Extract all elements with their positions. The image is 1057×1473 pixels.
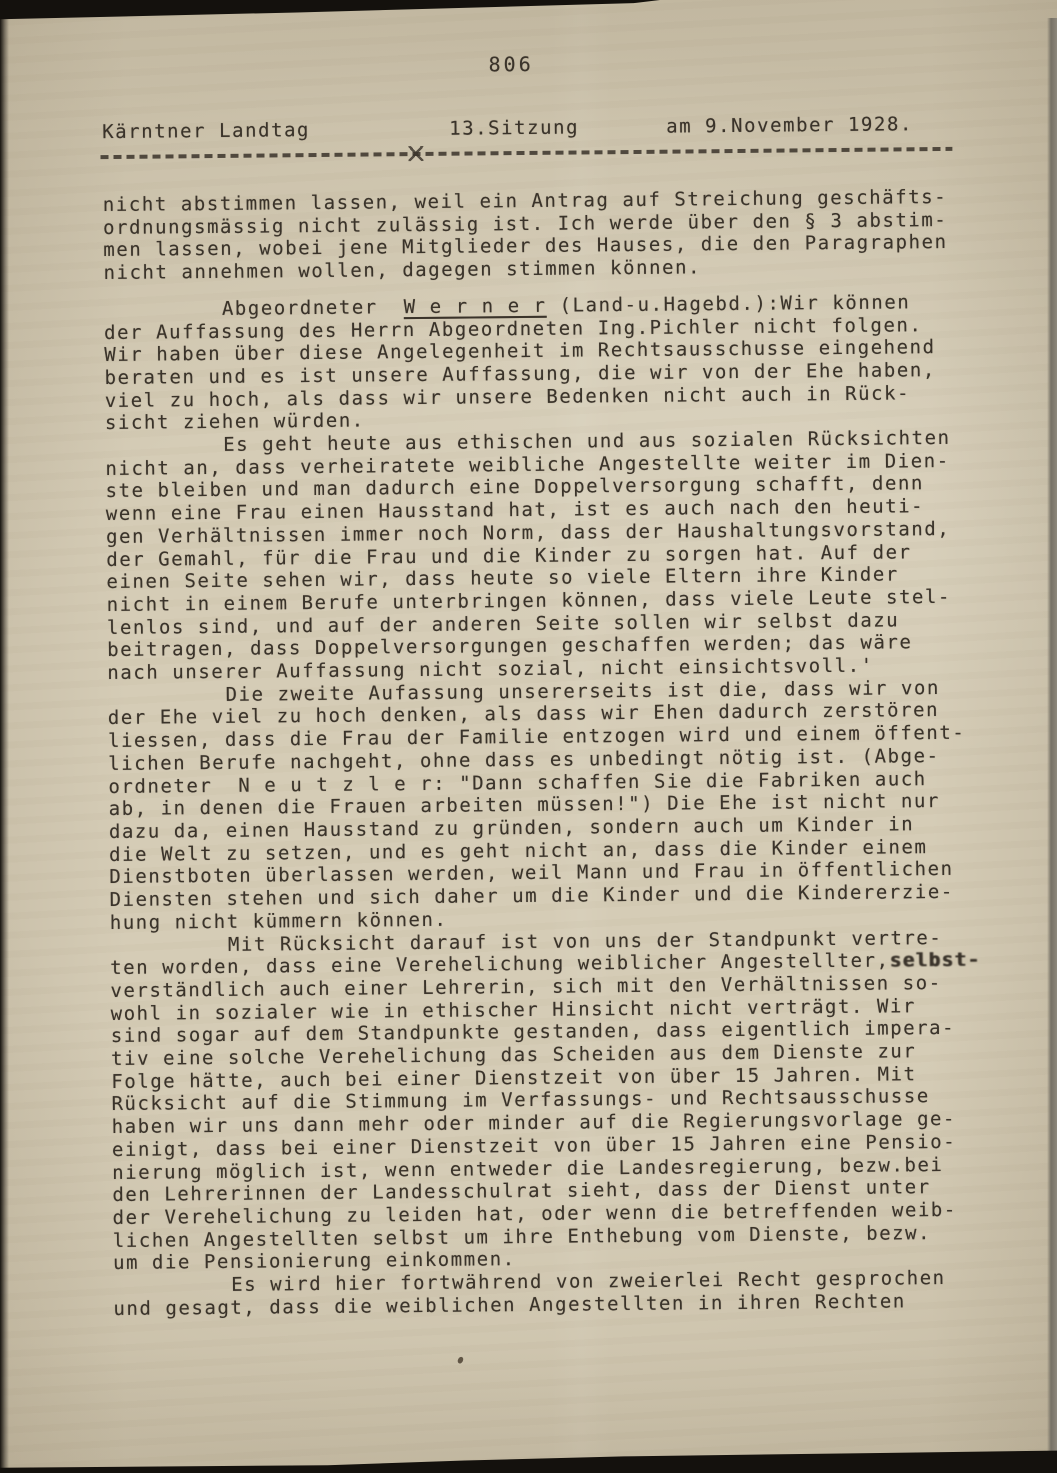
page-number: 806 — [488, 52, 533, 76]
header-session: 13.Sitzung — [449, 116, 579, 139]
paragraph: Mit Rücksicht darauf ist von uns der Sta… — [110, 926, 1018, 1275]
text-segment: um die Pensionierung einkommen. — [113, 1248, 516, 1274]
scanned-page: 806 Kärntner Landtag 13.Sitzung am 9.Nov… — [0, 0, 1057, 1473]
text-segment: hung nicht kümmern können. — [110, 909, 448, 934]
document-header: Kärntner Landtag 13.Sitzung am 9.Novembe… — [0, 112, 1051, 122]
ink-blot — [408, 146, 423, 161]
document-sheet: 806 Kärntner Landtag 13.Sitzung am 9.Nov… — [0, 0, 1057, 1473]
dashed-rule — [100, 147, 952, 159]
header-institution: Kärntner Landtag — [102, 119, 310, 143]
text-segment: (Land-u.Hagebd.):Wir können — [547, 291, 911, 316]
paragraph: nicht abstimmen lassen, weil ein Antrag … — [103, 185, 1009, 284]
text-segment: nicht annehmen wollen, dagegen stimmen k… — [103, 256, 701, 284]
paragraph: Abgeordneter W e r n e r (Land-u.Hagebd.… — [104, 290, 1010, 435]
underlined-name: W e r n e r — [404, 295, 547, 318]
paragraph: Es wird hier fortwährend von zweierlei R… — [113, 1266, 1018, 1320]
text-segment: Abgeordneter — [222, 296, 404, 320]
scanner-edge-right — [1047, 18, 1057, 1473]
text-segment: sicht ziehen würden. — [105, 410, 365, 434]
overstruck-text: selbst- — [889, 949, 980, 972]
scan-speck — [457, 1356, 465, 1365]
header-date: am 9.November 1928. — [666, 113, 913, 137]
document-body: nicht abstimmen lassen, weil ein Antrag … — [103, 185, 1019, 1320]
paragraph: Es geht heute aus ethischen und aus sozi… — [105, 426, 1012, 684]
scanner-edge-left — [0, 0, 9, 1473]
paragraph: Die zweite Aufassung unsererseits ist di… — [107, 676, 1014, 934]
